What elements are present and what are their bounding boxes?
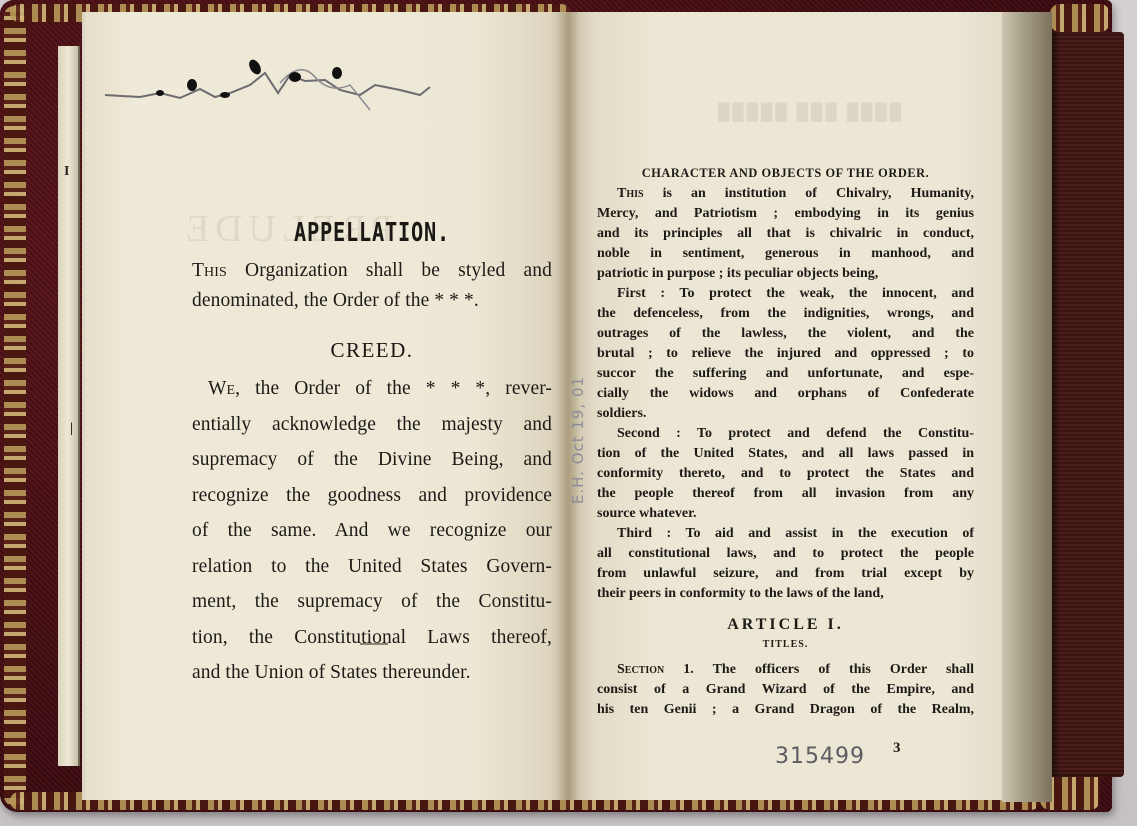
text-line: brutal ; to relieve the injured and oppr… [597, 344, 974, 364]
text-line: conformity thereto, and to protect the S… [597, 464, 974, 484]
text-line: source whatever. [597, 504, 974, 524]
text-line: the people thereof from all invasion fro… [597, 484, 974, 504]
page-block-edge [1002, 12, 1052, 802]
text-line: This is an institution of Chivalry, Huma… [597, 184, 974, 204]
text-line: tion of the United States, and all laws … [597, 444, 974, 464]
ornament-dash [360, 643, 388, 645]
appellation-paragraph: This Organization shall be styled and de… [192, 256, 552, 316]
photo-background: I | PRELUDE APPELLATION. This Organizati… [0, 0, 1137, 826]
page-number: 3 [893, 740, 901, 757]
third-object-paragraph: Third : To aid and assist in the executi… [597, 524, 974, 604]
article-subheading: TITLES. [597, 639, 974, 650]
accession-number-stamp: 315499 [775, 744, 865, 769]
book-spine [1052, 32, 1124, 777]
text-line: recognize the goodness and providence [192, 478, 552, 514]
text-line: the defenceless, from the indignities, w… [597, 304, 974, 324]
section-heading: CHARACTER AND OBJECTS OF THE ORDER. [606, 165, 964, 181]
creed-heading: CREED. [192, 338, 552, 363]
article-heading: ARTICLE I. [597, 616, 974, 634]
gilt-corner-top-right [1050, 4, 1110, 32]
text-line: We, the Order of the * * *, rever- [192, 371, 552, 407]
flyleaf-edge: I | [58, 46, 80, 766]
text-line: Section 1. The officers of this Order sh… [597, 660, 974, 680]
text-line: This Organization shall be styled and [192, 256, 552, 286]
show-through-text: █████ ███ ████ [718, 104, 904, 122]
text-line: Second : To protect and defend the Const… [597, 424, 974, 444]
text-line: and its principles all that is chivalric… [597, 224, 974, 244]
text-line: entially acknowledge the majesty and [192, 407, 552, 443]
text-line: soldiers. [597, 404, 974, 424]
text-line: succor the suffering and unfortunate, an… [597, 364, 974, 384]
flyleaf-mark: I [64, 164, 69, 180]
text-line: denominated, the Order of the * * *. [192, 286, 552, 316]
text-line: Mercy, and Patriotism ; embodying in its… [597, 204, 974, 224]
text-line: ment, the supremacy of the Constitu- [192, 584, 552, 620]
text-line: their peers in conformity to the laws of… [597, 584, 974, 604]
text-line: First : To protect the weak, the innocen… [597, 284, 974, 304]
text-line: his ten Genii ; a Grand Dragon of the Re… [597, 700, 974, 720]
handwritten-signature [100, 55, 460, 125]
flyleaf-mark: | [70, 421, 73, 437]
second-object-paragraph: Second : To protect and defend the Const… [597, 424, 974, 524]
left-page-text: APPELLATION. This Organization shall be … [192, 218, 552, 691]
appellation-heading: APPELLATION. [232, 218, 513, 248]
text-line: patriotic in purpose ; its peculiar obje… [597, 264, 974, 284]
intro-paragraph: This is an institution of Chivalry, Huma… [597, 184, 974, 284]
gilt-border-left [4, 6, 26, 806]
text-line: consist of a Grand Wizard of the Empire,… [597, 680, 974, 700]
text-line: relation to the United States Govern- [192, 549, 552, 585]
text-line: from unlawful seizure, and from trial ex… [597, 564, 974, 584]
text-line: tion, the Constitutional Laws thereof, [192, 620, 552, 656]
text-line: cially the widows and orphans of Confede… [597, 384, 974, 404]
text-line: Third : To aid and assist in the executi… [597, 524, 974, 544]
first-object-paragraph: First : To protect the weak, the innocen… [597, 284, 974, 424]
text-line: and the Union of States thereunder. [192, 655, 552, 691]
text-line: noble in sentiment, generous in manhood,… [597, 244, 974, 264]
text-line: of the same. And we recognize our [192, 513, 552, 549]
text-line: outrages of the lawless, the violent, an… [597, 324, 974, 344]
text-line: supremacy of the Divine Being, and [192, 442, 552, 478]
section-1-paragraph: Section 1. The officers of this Order sh… [597, 660, 974, 720]
text-line: all constitutional laws, and to protect … [597, 544, 974, 564]
library-date-stamp: E.H. Oct 19, 01 [566, 340, 590, 540]
right-page-text: CHARACTER AND OBJECTS OF THE ORDER. This… [597, 165, 974, 720]
